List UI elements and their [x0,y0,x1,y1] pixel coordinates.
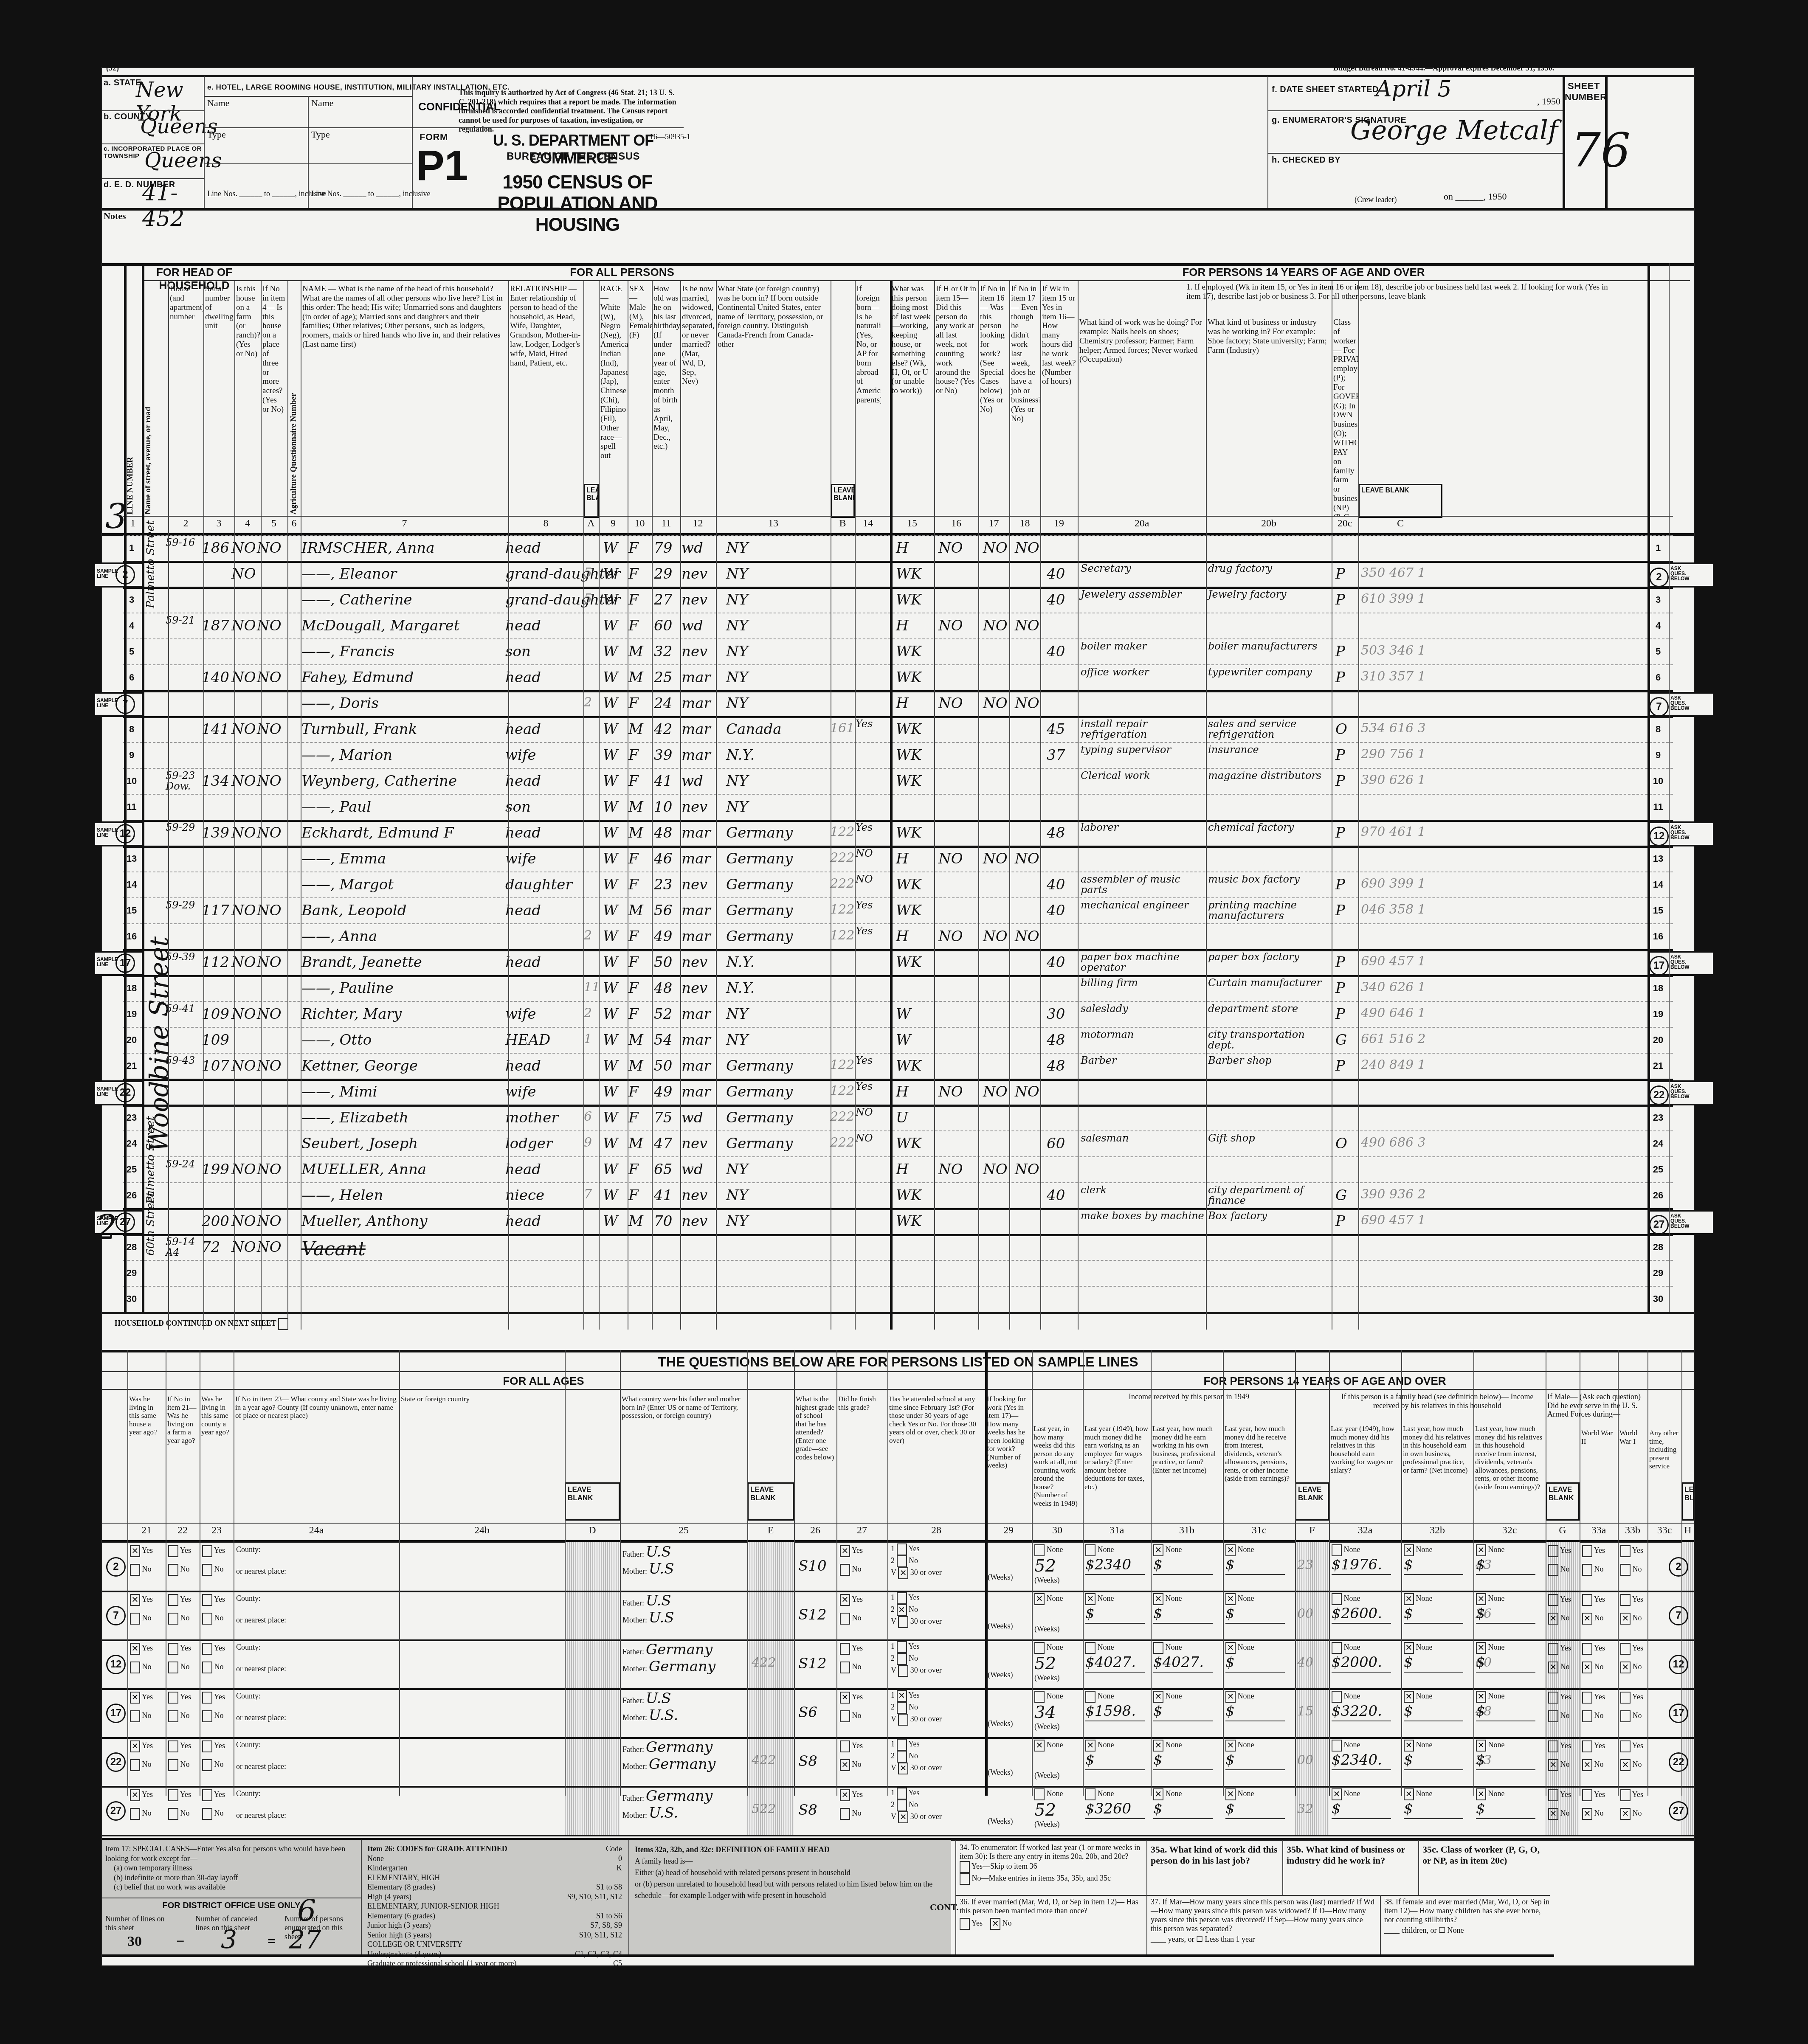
c32b-none-checkbox[interactable]: ✕ [1404,1740,1414,1752]
c21-no-checkbox[interactable] [130,1564,140,1576]
persons-enumerated: 27 [289,1925,321,1955]
column-header-serial: Serial number of dwelling unit [203,283,234,516]
cell-occ: Secretary [1081,563,1206,574]
c31b-none-checkbox[interactable]: ✕ [1153,1788,1163,1800]
cell-c15: WK [896,1059,934,1073]
c32a-none-checkbox[interactable] [1332,1691,1342,1703]
finish-no-checkbox[interactable] [840,1710,850,1722]
income-c32b: ✕ None$ [1404,1691,1472,1721]
county-field[interactable]: County:or nearest place: [236,1643,286,1673]
cell-serial: 134 [202,774,231,788]
c31c-none-checkbox[interactable]: ✕ [1225,1740,1236,1752]
income-c31b: None$4027. [1153,1642,1221,1673]
c32b-none-checkbox[interactable]: ✕ [1404,1691,1414,1703]
c30-none-checkbox[interactable] [1034,1788,1045,1800]
ww1-yes-checkbox[interactable] [1582,1545,1592,1557]
ww1-yes-checkbox[interactable] [1582,1594,1592,1606]
cell-grade: S10 [798,1559,827,1573]
parents-birthplace: Father: U.SMother: U.S [622,1544,746,1577]
c21-no-checkbox[interactable] [130,1759,140,1771]
cell-birth: NY [726,1033,824,1047]
cell-e: 422 [752,1754,776,1767]
yes-no-c22: Yes No [168,1594,191,1625]
ww1-yes-checkbox[interactable] [1582,1643,1592,1655]
other-yes-checkbox[interactable] [1620,1594,1631,1606]
cell-f: 23 [1297,1559,1313,1572]
sample-column-number: D [565,1525,620,1536]
c23-yes-checkbox[interactable] [202,1594,212,1606]
other-yes-checkbox[interactable] [1620,1789,1631,1801]
c22-no-checkbox[interactable] [168,1710,178,1722]
finish-no-checkbox[interactable] [840,1613,850,1625]
ww2-yes-checkbox[interactable] [1548,1643,1558,1655]
c21-yes-checkbox[interactable]: ✕ [130,1740,140,1752]
income-c31c: ✕ None$ [1225,1593,1293,1624]
c32c-none-checkbox[interactable]: ✕ [1476,1642,1486,1654]
cell-occ: Clerical work [1081,770,1206,781]
cell-farm: NO [231,670,257,685]
county-field[interactable]: County:or nearest place: [236,1545,286,1576]
other-no-checkbox[interactable]: ✕ [1620,1759,1631,1771]
cell-code: 490 686 3 [1361,1136,1442,1149]
column-header-a: LEAVE BLANK [583,484,599,518]
c31b-none-checkbox[interactable]: ✕ [1153,1544,1163,1556]
cell-name: McDougall, Margaret [301,619,497,633]
cell-birth: NY [726,670,824,685]
column-number-cls: 20c [1332,518,1358,529]
cell-code: 046 358 1 [1361,903,1442,916]
cell-farm: NO [231,774,257,788]
school-yes-checkbox[interactable] [897,1544,907,1555]
cell-rel: head [505,1214,577,1229]
cell-birth: NY [726,1214,824,1229]
ww1-no-checkbox[interactable]: ✕ [1582,1662,1592,1673]
c23-yes-checkbox[interactable] [202,1643,212,1655]
cell-farm: NO [231,1007,257,1021]
c23-yes-checkbox[interactable] [202,1789,212,1801]
income-c31b: ✕ None$ [1153,1788,1221,1819]
c21-yes-checkbox[interactable]: ✕ [130,1643,140,1655]
table-row: 151559-29117NONOBank, LeopoldheadWM56mar… [102,897,1694,923]
c23-no-checkbox[interactable] [202,1759,212,1771]
c30-none-checkbox[interactable]: ✕ [1034,1593,1045,1605]
cell-cls: P [1335,955,1357,970]
finish-yes-checkbox[interactable] [840,1643,850,1655]
armed-other: Yes No [1620,1545,1643,1576]
margin-mark-3: 3 [105,497,127,536]
ww1-no-checkbox[interactable] [1582,1710,1592,1722]
weeks-c30: ✕ None(Weeks) [1034,1593,1077,1634]
cell-race: W [603,696,628,711]
grade-code-row: Graduate or professional school (1 year … [367,1959,622,1968]
c30-none-checkbox[interactable]: ✕ [1034,1740,1045,1752]
cell-birth: NY [726,593,824,607]
county-field[interactable]: County:or nearest place: [236,1740,286,1771]
cell-b: 122 [830,826,853,838]
school-no-checkbox[interactable] [897,1653,907,1665]
school-yes-checkbox[interactable] [897,1592,907,1604]
table-row-sample: SAMPLE LINE77ASK QUES. BELOW——, Doris2WF… [102,690,1694,716]
c32c-none-checkbox[interactable]: ✕ [1476,1593,1486,1605]
cell-sex: F [628,852,650,866]
c22-no-checkbox[interactable] [168,1808,178,1820]
cell-code: 390 936 2 [1361,1188,1442,1201]
c30-none-checkbox[interactable] [1034,1691,1045,1703]
cell-a: 9 [584,1136,599,1149]
c32c-none-checkbox[interactable]: ✕ [1476,1788,1486,1800]
ww1-no-checkbox[interactable]: ✕ [1582,1759,1592,1771]
street-name: Palmetto Street [144,520,157,608]
ww2-no-checkbox[interactable] [1548,1564,1558,1576]
cell-race: W [603,567,628,581]
c31a-none-checkbox[interactable]: ✕ [1085,1740,1096,1752]
income-c32c: ✕ None$ [1476,1642,1544,1673]
ww2-no-checkbox[interactable] [1548,1710,1558,1722]
school-30-checkbox[interactable]: ✕ [898,1567,908,1579]
other-yes-checkbox[interactable] [1620,1545,1631,1557]
cell-b: 122 [830,1085,853,1097]
cell-c16: NO [938,929,977,944]
column-number-age: 11 [652,518,681,529]
school-no-checkbox[interactable] [897,1555,907,1567]
line-number: 26 [1650,1190,1667,1201]
school-yes-checkbox[interactable] [897,1641,907,1653]
cell-age: 25 [654,670,679,685]
c31a-none-checkbox[interactable] [1085,1691,1096,1703]
table-row-sample: SAMPLE LINE22ASK QUES. BELOWNO——, Eleano… [102,561,1694,587]
column-number-c15: 15 [890,518,934,529]
sample-line-number: 17 [106,1704,126,1723]
sample-line-number: 22 [106,1752,126,1772]
c32a-none-checkbox[interactable] [1332,1593,1342,1605]
c21-no-checkbox[interactable] [130,1613,140,1625]
cell-name: Richter, Mary [301,1007,497,1021]
c32a-none-checkbox[interactable] [1332,1642,1342,1654]
cell-code: 690 457 1 [1361,1214,1442,1227]
cell-mar: mar [682,852,713,866]
cell-birth: NY [726,1162,824,1177]
c22-yes-checkbox[interactable] [168,1545,178,1557]
sample-line-number: 7 [106,1606,126,1625]
c22-yes-checkbox[interactable] [168,1692,178,1704]
c21-no-checkbox[interactable] [130,1808,140,1820]
c30-none-checkbox[interactable] [1034,1642,1045,1654]
c30-none-checkbox[interactable] [1034,1544,1045,1556]
cell-code: 390 626 1 [1361,774,1442,787]
c31a-none-checkbox[interactable] [1085,1544,1096,1556]
armed-ww1: Yes✕ No [1582,1789,1605,1820]
sample-column-header-22: If No in item 21— Was he living on a far… [166,1393,200,1521]
cell-name: Bank, Leopold [301,903,497,918]
armed-other: Yes✕ No [1620,1643,1643,1673]
grade-code-row: COLLEGE OR UNIVERSITY [367,1940,622,1949]
cell-race: W [603,722,628,737]
sample-section: THE QUESTIONS BELOW ARE FOR PERSONS LIST… [102,1350,1694,1838]
c22-no-checkbox[interactable] [168,1662,178,1673]
c22-no-checkbox[interactable] [168,1759,178,1771]
cell-race: W [603,1111,628,1125]
cell-birth: NY [726,619,824,633]
cell-rel: lodger [505,1136,577,1151]
cell-age: 65 [654,1162,679,1177]
c21-yes-checkbox[interactable]: ✕ [130,1789,140,1801]
cell-ind: city department of finance [1208,1185,1331,1206]
sample-column-number: F [1295,1525,1329,1536]
c21-no-checkbox[interactable] [130,1710,140,1722]
ww1-no-checkbox[interactable]: ✕ [1582,1808,1592,1820]
county-field[interactable]: County:or nearest place: [236,1594,286,1625]
line-number: 9 [1650,750,1667,761]
cell-sex: F [628,981,650,995]
cell-farm: NO [231,619,257,633]
cell-c19: 48 [1047,1059,1081,1073]
income-c31b: ✕ None$ [1153,1691,1221,1721]
finish-no-checkbox[interactable]: ✕ [840,1759,850,1771]
finish-yes-checkbox[interactable]: ✕ [840,1545,850,1557]
cell-occ: Jewelery assembler [1081,589,1206,600]
c31c-none-checkbox[interactable]: ✕ [1225,1691,1236,1703]
grade-code-row: Elementary (6 grades)S1 to S6 [367,1911,622,1921]
finish-no-checkbox[interactable] [840,1564,850,1576]
yes-no-c22: Yes No [168,1692,191,1722]
cell-name: ——, Francis [301,644,497,659]
c31b-none-checkbox[interactable]: ✕ [1153,1691,1163,1703]
cell-sex: F [628,955,650,970]
school-no-checkbox[interactable] [897,1702,907,1714]
c23-no-checkbox[interactable] [202,1564,212,1576]
school-30-checkbox[interactable]: ✕ [898,1763,908,1774]
cell-cls: P [1335,670,1357,685]
school-yes-checkbox[interactable] [897,1788,907,1799]
c32a-none-checkbox[interactable] [1332,1740,1342,1752]
cell-a: 1 [584,1033,599,1046]
column-number-house: 2 [168,518,203,529]
c31b-none-checkbox[interactable]: ✕ [1153,1740,1163,1752]
finish-yes-checkbox[interactable]: ✕ [840,1594,850,1606]
c23-yes-checkbox[interactable] [202,1692,212,1704]
cell-age: 41 [654,774,679,788]
budget-note: Budget Bureau No. 41-4944.—Approval expi… [1333,64,1554,73]
other-no-checkbox[interactable]: ✕ [1620,1613,1631,1625]
cell-sex: M [628,1136,650,1151]
cell-rel: head [505,1162,577,1177]
attended-school: 1 Yes2 NoV ✕ 30 or over [891,1788,942,1823]
armed-ww1: Yes No [1582,1692,1605,1722]
q36-no-checkbox[interactable]: ✕ [990,1918,1000,1930]
c32c-none-checkbox[interactable]: ✕ [1476,1691,1486,1703]
income-c32b: ✕ None$ [1404,1740,1472,1770]
income-c32c: ✕ None$ [1476,1544,1544,1575]
ww2-yes-checkbox[interactable] [1548,1594,1558,1606]
cell-mar: mar [682,826,713,840]
c32b-none-checkbox[interactable]: ✕ [1404,1788,1414,1800]
ww2-no-checkbox[interactable]: ✕ [1548,1808,1558,1820]
school-yes-checkbox[interactable]: ✕ [897,1690,907,1702]
table-row: 33——, Catherinegrand-daughter5WF27nevNYW… [102,587,1694,613]
sample-line-tag: 17ASK QUES. BELOW [1647,951,1715,976]
school-no-checkbox[interactable]: ✕ [897,1604,907,1616]
finish-no-checkbox[interactable] [840,1662,850,1673]
ww1-no-checkbox[interactable]: ✕ [1582,1613,1592,1625]
income-c31a: ✕ None$ [1085,1740,1153,1770]
finish-yes-checkbox[interactable]: ✕ [840,1692,850,1704]
line-number: 5 [1650,646,1667,657]
table-row: 1111——, PaulsonWM10nevNY [102,794,1694,820]
c21-yes-checkbox[interactable]: ✕ [130,1594,140,1606]
c32b-none-checkbox[interactable]: ✕ [1404,1642,1414,1654]
other-no-checkbox[interactable] [1620,1710,1631,1722]
cell-sex: M [628,1059,650,1073]
c21-yes-checkbox[interactable]: ✕ [130,1545,140,1557]
county-field[interactable]: County:or nearest place: [236,1692,286,1722]
school-30-checkbox[interactable] [898,1714,908,1726]
table-row: 66140NONOFahey, EdmundheadWM25marNYWKoff… [102,664,1694,690]
table-row: 4459-21187NONOMcDougall, MargaretheadWF6… [102,613,1694,638]
table-row: 3030 [102,1286,1694,1312]
cell-c19: 30 [1047,1007,1081,1021]
yes-no-c23: Yes No [202,1789,225,1820]
ww2-no-checkbox[interactable]: ✕ [1548,1613,1558,1625]
cell-occ: salesman [1081,1133,1206,1144]
q36-yes-checkbox[interactable] [960,1918,970,1930]
cell-age: 46 [654,852,679,866]
finish-yes-checkbox[interactable] [840,1740,850,1752]
weeks-c29: (Weeks) [988,1788,1030,1826]
q34-yes-checkbox[interactable] [960,1861,970,1873]
weeks-c30: ✕ None(Weeks) [1034,1740,1077,1780]
margin-mark-6: 6 [297,1893,316,1928]
ww2-no-checkbox[interactable]: ✕ [1548,1759,1558,1771]
yes-no-c22: Yes No [168,1545,191,1576]
finish-no-checkbox[interactable] [840,1808,850,1820]
c31a-none-checkbox[interactable]: ✕ [1085,1593,1096,1605]
county-field[interactable]: County:or nearest place: [236,1789,286,1820]
other-no-checkbox[interactable]: ✕ [1620,1808,1631,1820]
armed-ww2: Yes✕ No [1548,1643,1571,1673]
c31b-none-checkbox[interactable] [1153,1642,1163,1654]
cell-age: 10 [654,800,679,814]
other-yes-checkbox[interactable] [1620,1643,1631,1655]
ww2-no-checkbox[interactable]: ✕ [1548,1662,1558,1673]
grade-code-row: ELEMENTARY, JUNIOR-SENIOR HIGH [367,1901,622,1911]
c32c-none-checkbox[interactable]: ✕ [1476,1740,1486,1752]
cell-sex: F [628,1162,650,1177]
c22-yes-checkbox[interactable] [168,1594,178,1606]
cell-c19: 37 [1047,748,1081,762]
cell-birth: Germany [726,1111,824,1125]
cell-c15: H [896,929,934,944]
column-header-street: Name of street, avenue, or road [142,283,168,516]
cell-b: 222 [830,852,853,864]
cell-cls: P [1335,903,1357,918]
school-30-checkbox[interactable] [898,1665,908,1677]
finish-yes-checkbox[interactable]: ✕ [840,1789,850,1801]
c23-no-checkbox[interactable] [202,1662,212,1673]
c31c-none-checkbox[interactable]: ✕ [1225,1593,1236,1605]
c23-no-checkbox[interactable] [202,1613,212,1625]
ww2-yes-checkbox[interactable] [1548,1692,1558,1704]
cell-birth: Germany [726,903,824,918]
q34-no-checkbox[interactable] [960,1873,970,1885]
c31c-none-checkbox[interactable]: ✕ [1225,1544,1236,1556]
c23-yes-checkbox[interactable] [202,1740,212,1752]
ww2-yes-checkbox[interactable] [1548,1740,1558,1752]
c23-no-checkbox[interactable] [202,1710,212,1722]
column-header-name: NAME — What is the name of the head of t… [301,283,508,516]
cell-c19: 40 [1047,877,1081,892]
c22-no-checkbox[interactable] [168,1564,178,1576]
cell-c15: WK [896,722,934,737]
cell-name: Eckhardt, Edmund F [301,826,497,840]
c32c-none-checkbox[interactable]: ✕ [1476,1544,1486,1556]
sample-line-number: 27 [1669,1801,1688,1821]
school-30-checkbox[interactable] [898,1616,908,1628]
ww1-no-checkbox[interactable] [1582,1564,1592,1576]
column-header-rel: RELATIONSHIP — Enter relationship of per… [508,283,583,516]
sample-column-header-24b: State or foreign country [399,1393,565,1521]
c31c-none-checkbox[interactable]: ✕ [1225,1788,1236,1800]
parents-birthplace: Father: GermanyMother: Germany [622,1739,746,1773]
c31a-none-checkbox[interactable] [1085,1642,1096,1654]
c22-yes-checkbox[interactable] [168,1789,178,1801]
other-yes-checkbox[interactable] [1620,1692,1631,1704]
sample-line-number: 12 [1669,1655,1688,1674]
school-30-checkbox[interactable]: ✕ [898,1811,908,1823]
cell-c15: WK [896,1188,934,1203]
cell-age: 42 [654,722,679,737]
school-no-checkbox[interactable] [897,1751,907,1763]
sample-line-tag: 22ASK QUES. BELOW [1647,1080,1715,1105]
c22-no-checkbox[interactable] [168,1613,178,1625]
c31a-none-checkbox[interactable] [1085,1788,1096,1800]
c21-yes-checkbox[interactable]: ✕ [130,1692,140,1704]
cell-cls: P [1335,593,1357,607]
cell-race: W [603,541,628,555]
other-no-checkbox[interactable] [1620,1564,1631,1576]
c21-no-checkbox[interactable] [130,1662,140,1673]
cell-c15: H [896,541,934,555]
ww1-yes-checkbox[interactable] [1582,1692,1592,1704]
ww1-yes-checkbox[interactable] [1582,1740,1592,1752]
other-yes-checkbox[interactable] [1620,1740,1631,1752]
ww2-yes-checkbox[interactable] [1548,1789,1558,1801]
cell-birth: NY [726,541,824,555]
ww2-yes-checkbox[interactable] [1548,1545,1558,1557]
weeks-c29: (Weeks) [988,1593,1030,1631]
c31b-none-checkbox[interactable]: ✕ [1153,1593,1163,1605]
cell-cls: P [1335,1007,1357,1021]
household-continued-checkbox[interactable] [278,1318,288,1330]
c23-no-checkbox[interactable] [202,1808,212,1820]
c31c-none-checkbox[interactable]: ✕ [1225,1642,1236,1654]
school-no-checkbox[interactable] [897,1799,907,1811]
other-no-checkbox[interactable]: ✕ [1620,1662,1631,1673]
c32a-none-checkbox[interactable]: ✕ [1332,1788,1342,1800]
school-yes-checkbox[interactable] [897,1739,907,1751]
c32b-none-checkbox[interactable]: ✕ [1404,1544,1414,1556]
c22-yes-checkbox[interactable] [168,1643,178,1655]
c32a-none-checkbox[interactable] [1332,1544,1342,1556]
cell-c15: H [896,1162,934,1177]
c23-yes-checkbox[interactable] [202,1545,212,1557]
c22-yes-checkbox[interactable] [168,1740,178,1752]
ww1-yes-checkbox[interactable] [1582,1789,1592,1801]
cell-age: 54 [654,1033,679,1047]
c32b-none-checkbox[interactable]: ✕ [1404,1593,1414,1605]
column-header-occ: What kind of work was he doing? For exam… [1078,316,1206,516]
cell-mar: wd [682,774,713,788]
sample-column-number: 27 [836,1525,887,1536]
